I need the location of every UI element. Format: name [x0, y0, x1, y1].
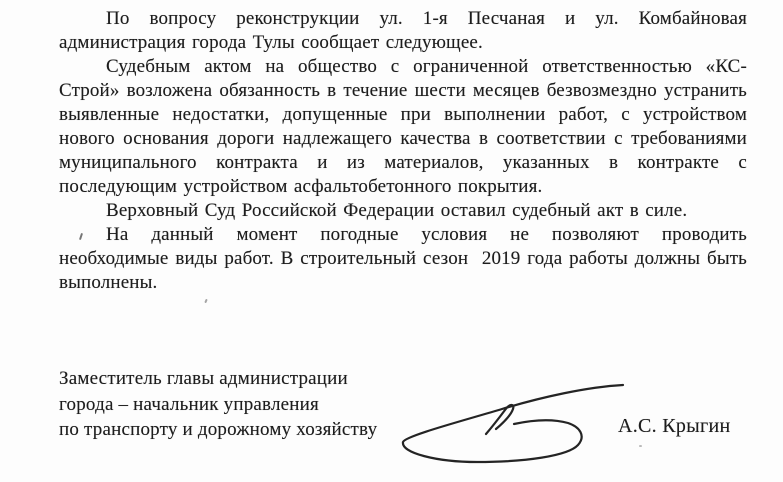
scan-artifact	[639, 445, 642, 447]
signatory-name: А.С. Крыгин	[618, 415, 730, 438]
handwritten-signature-icon	[392, 366, 637, 471]
paragraph-court-act: Судебным актом на общество с ограниченно…	[59, 55, 747, 199]
paragraph-weather: На данный момент погодные условия не поз…	[59, 223, 747, 295]
document-page: По вопросу реконструкции ул. 1-я Песчана…	[0, 0, 783, 482]
signatory-title-line: города – начальник управления	[59, 392, 377, 418]
paragraph-intro: По вопросу реконструкции ул. 1-я Песчана…	[59, 7, 747, 55]
letter-body: По вопросу реконструкции ул. 1-я Песчана…	[59, 7, 747, 295]
signatory-title-line: по транспорту и дорожному хозяйству	[59, 417, 377, 443]
signatory-title: Заместитель главы администрации города –…	[59, 366, 377, 443]
signatory-title-line: Заместитель главы администрации	[59, 366, 377, 392]
paragraph-supreme-court: Верховный Суд Российской Федерации остав…	[59, 199, 747, 223]
scan-artifact	[204, 299, 208, 303]
